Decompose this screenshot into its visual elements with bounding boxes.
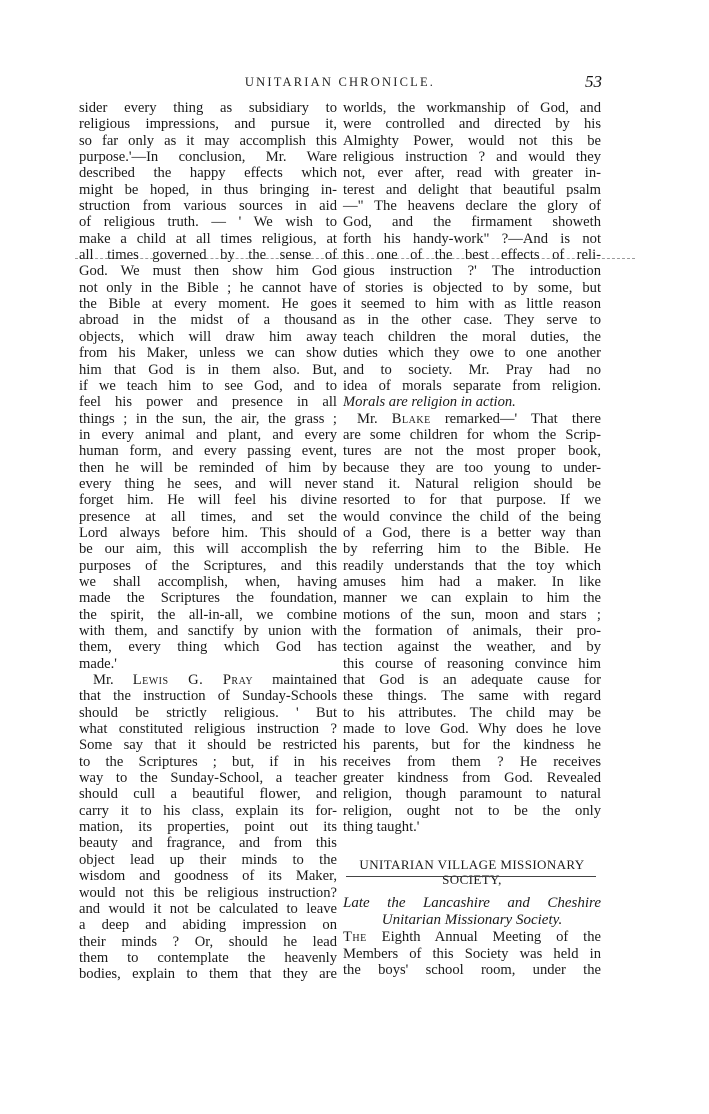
text-line: were controlled and directed by his [343, 116, 601, 132]
text-line: with them, and sanctify by union with [79, 623, 337, 639]
text-line: these things. The same with regard [343, 688, 601, 704]
text-line: the boys' school room, under the [343, 962, 601, 978]
text-line: religious instruction ? and would they [343, 149, 601, 165]
right-column: worlds, the workmanship of God, and were… [343, 100, 601, 979]
text-line: tures are not the most proper book, [343, 443, 601, 459]
text-line: them to contemplate the heavenly [79, 950, 337, 966]
text-line: it seemed to him with as little reason [343, 296, 601, 312]
text-line: teach children the moral duties, the [343, 329, 601, 345]
text-line: bodies, explain to them that they are [79, 966, 337, 982]
text-line: human form, and every passing event, [79, 443, 337, 459]
text-line: as in the other case. They serve to [343, 312, 601, 328]
text-line: objects, which will draw him away [79, 329, 337, 345]
text-line: beauty and fragrance, and from this [79, 835, 337, 851]
text-line: Lord always before him. This should [79, 525, 337, 541]
text-line: all times governed by the sense of [79, 247, 337, 263]
text-line: wisdom and goodness of its Maker, [79, 868, 337, 884]
text-line: if we teach him to see God, and to [79, 378, 337, 394]
text-line: stand it. Natural religion should be [343, 476, 601, 492]
paragraph-opening-line: Mr. Blake remarked—' That there [343, 411, 601, 427]
text-line: we shall accomplish, when, having [79, 574, 337, 590]
text-line: God. We must then show him God [79, 263, 337, 279]
section-subtitle: Late the Lancashire and Cheshire [343, 895, 601, 912]
text-line: should cull a beautiful flower, and [79, 786, 337, 802]
section-heading: UNITARIAN VILLAGE MISSIONARY [343, 857, 601, 872]
text-line: manner we can explain to him the [343, 590, 601, 606]
text-line: sider every thing as subsidiary to [79, 100, 337, 116]
text-line: would not this be religious instruction? [79, 885, 337, 901]
speaker-name: Blake [392, 411, 431, 427]
text-line: this one of the best effects of reli- [343, 247, 601, 263]
text-line: what constituted religious instruction ? [79, 721, 337, 737]
section-divider-rule [346, 876, 596, 877]
text-line: and to society. Mr. Pray had no [343, 362, 601, 378]
pray-continuation-paragraph: worlds, the workmanship of God, and were… [343, 100, 601, 411]
text-line: abroad in the midst of a thousand [79, 312, 337, 328]
text-line: forth his handy-work" ?—And is not [343, 231, 601, 247]
ware-quote-paragraph: sider every thing as subsidiary to relig… [79, 100, 337, 672]
text-line: Some say that it should be restricted [79, 737, 337, 753]
paragraph-opening-line: Mr. Lewis G. Pray maintained [79, 672, 337, 688]
opening-rest: Eighth Annual Meeting of the [367, 929, 601, 945]
text-line: them, every thing which God has [79, 639, 337, 655]
section-heading-continued: SOCIETY, [343, 872, 601, 887]
text-line: of religious truth. — ' We wish to [79, 214, 337, 230]
heading-gap [343, 887, 601, 895]
drop-word: The [343, 929, 367, 945]
text-line: things ; in the sun, the air, the grass … [79, 411, 337, 427]
speaker-prefix: Mr. [357, 411, 392, 427]
running-title: UNITARIAN CHRONICLE. [78, 75, 602, 90]
text-line: and would it not be calculated to leave [79, 901, 337, 917]
text-line: Almighty Power, would not this be [343, 133, 601, 149]
text-line: not only in the Bible ; he cannot have [79, 280, 337, 296]
text-line: the Bible at every moment. He goes [79, 296, 337, 312]
text-line: that the instruction of Sunday-Schools [79, 688, 337, 704]
text-line: might be hoped, in thus bringing in- [79, 182, 337, 198]
text-line: make a child at all times religious, at [79, 231, 337, 247]
text-line: so far only as it may accomplish this [79, 133, 337, 149]
text-line: of stories is objected to by some, but [343, 280, 601, 296]
text-line: this course of reasoning convince him [343, 656, 601, 672]
text-line: thing taught.' [343, 819, 601, 835]
text-line: not, ever after, read with greater in- [343, 165, 601, 181]
text-line: presence at all times, and set the [79, 509, 337, 525]
text-line: readily understands that the toy which [343, 558, 601, 574]
text-line: —" The heavens declare the glory of [343, 198, 601, 214]
text-line: his parents, but for the kindness he [343, 737, 601, 753]
text-line: the spirit, the all-in-all, we combine [79, 607, 337, 623]
text-line: in every animal and plant, and every [79, 427, 337, 443]
text-line: idea of morals separate from religion. [343, 378, 601, 394]
text-line: God, and the firmament showeth [343, 214, 601, 230]
left-column: sider every thing as subsidiary to relig… [79, 100, 337, 983]
text-line: motions of the sun, moon and stars ; [343, 607, 601, 623]
text-line: made.' [79, 656, 337, 672]
text-line: a deep and abiding impression on [79, 917, 337, 933]
opening-rest: remarked—' That there [431, 411, 601, 427]
text-line: to his attributes. The child may be [343, 705, 601, 721]
text-line: him that God is in them also. But, [79, 362, 337, 378]
blake-paragraph: Mr. Blake remarked—' That there are some… [343, 411, 601, 836]
page-header: UNITARIAN CHRONICLE. 53 [78, 72, 602, 92]
text-line: struction from various sources in aid [79, 198, 337, 214]
text-line: worlds, the workmanship of God, and [343, 100, 601, 116]
page-number: 53 [585, 72, 602, 92]
text-line: religious impressions, and pursue it, [79, 116, 337, 132]
opening-rest: maintained [253, 672, 337, 688]
text-line: should be strictly religious. ' But [79, 705, 337, 721]
section-subtitle-continued: Unitarian Missionary Society. [343, 912, 601, 929]
text-line: the formation of animals, their pro- [343, 623, 601, 639]
text-line: every thing he sees, and will never [79, 476, 337, 492]
text-line: forget him. He will feel his divine [79, 492, 337, 508]
text-line: greater kindness from God. Revealed [343, 770, 601, 786]
text-line: receives from them ? He receives [343, 754, 601, 770]
text-line: that God is an adequate cause for [343, 672, 601, 688]
text-line: to the Scriptures ; but, if in his [79, 754, 337, 770]
speaker-prefix: Mr. [93, 672, 133, 688]
text-line: made to love God. Why does he love [343, 721, 601, 737]
text-line: mation, its properties, point out its [79, 819, 337, 835]
text-line: purposes of the Scriptures, and this [79, 558, 337, 574]
text-line: religion, though paramount to natural [343, 786, 601, 802]
text-line: of a God, there is a better way than [343, 525, 601, 541]
speaker-name: Lewis G. Pray [133, 672, 253, 688]
text-line: object lead up their minds to the [79, 852, 337, 868]
text-line: tection against the weather, and by [343, 639, 601, 655]
text-line: their minds ? Or, should he lead [79, 934, 337, 950]
text-line: made the Scriptures the foundation, [79, 590, 337, 606]
text-line: way to the Sunday-School, a teacher [79, 770, 337, 786]
text-line: would convince the child of the being [343, 509, 601, 525]
pray-paragraph: Mr. Lewis G. Pray maintained that the in… [79, 672, 337, 983]
text-line: resorted to for that purpose. If we [343, 492, 601, 508]
text-line: gious instruction ?' The introduction [343, 263, 601, 279]
text-line: are some children for whom the Scrip- [343, 427, 601, 443]
text-line: be our aim, this will accomplish the [79, 541, 337, 557]
text-line: because they are too young to under- [343, 460, 601, 476]
text-line: from his Maker, unless we can show [79, 345, 337, 361]
text-line: religion, ought not to be the only [343, 803, 601, 819]
section-opening-line: The Eighth Annual Meeting of the [343, 929, 601, 945]
section-break-space [343, 835, 601, 857]
text-line: feel his power and presence in all [79, 394, 337, 410]
text-line: by referring him to the Bible. He [343, 541, 601, 557]
text-line: purpose.'—In conclusion, Mr. Ware [79, 149, 337, 165]
text-line: carry it to his class, explain its for- [79, 803, 337, 819]
text-line: then he will be reminded of him by [79, 460, 337, 476]
text-line: described the happy effects which [79, 165, 337, 181]
text-line: amuses him had a maker. In like [343, 574, 601, 590]
text-line: Members of this Society was held in [343, 946, 601, 962]
text-line: terest and delight that beautiful psalm [343, 182, 601, 198]
text-line: duties which they owe to one another [343, 345, 601, 361]
italic-maxim: Morals are religion in action. [343, 394, 601, 410]
